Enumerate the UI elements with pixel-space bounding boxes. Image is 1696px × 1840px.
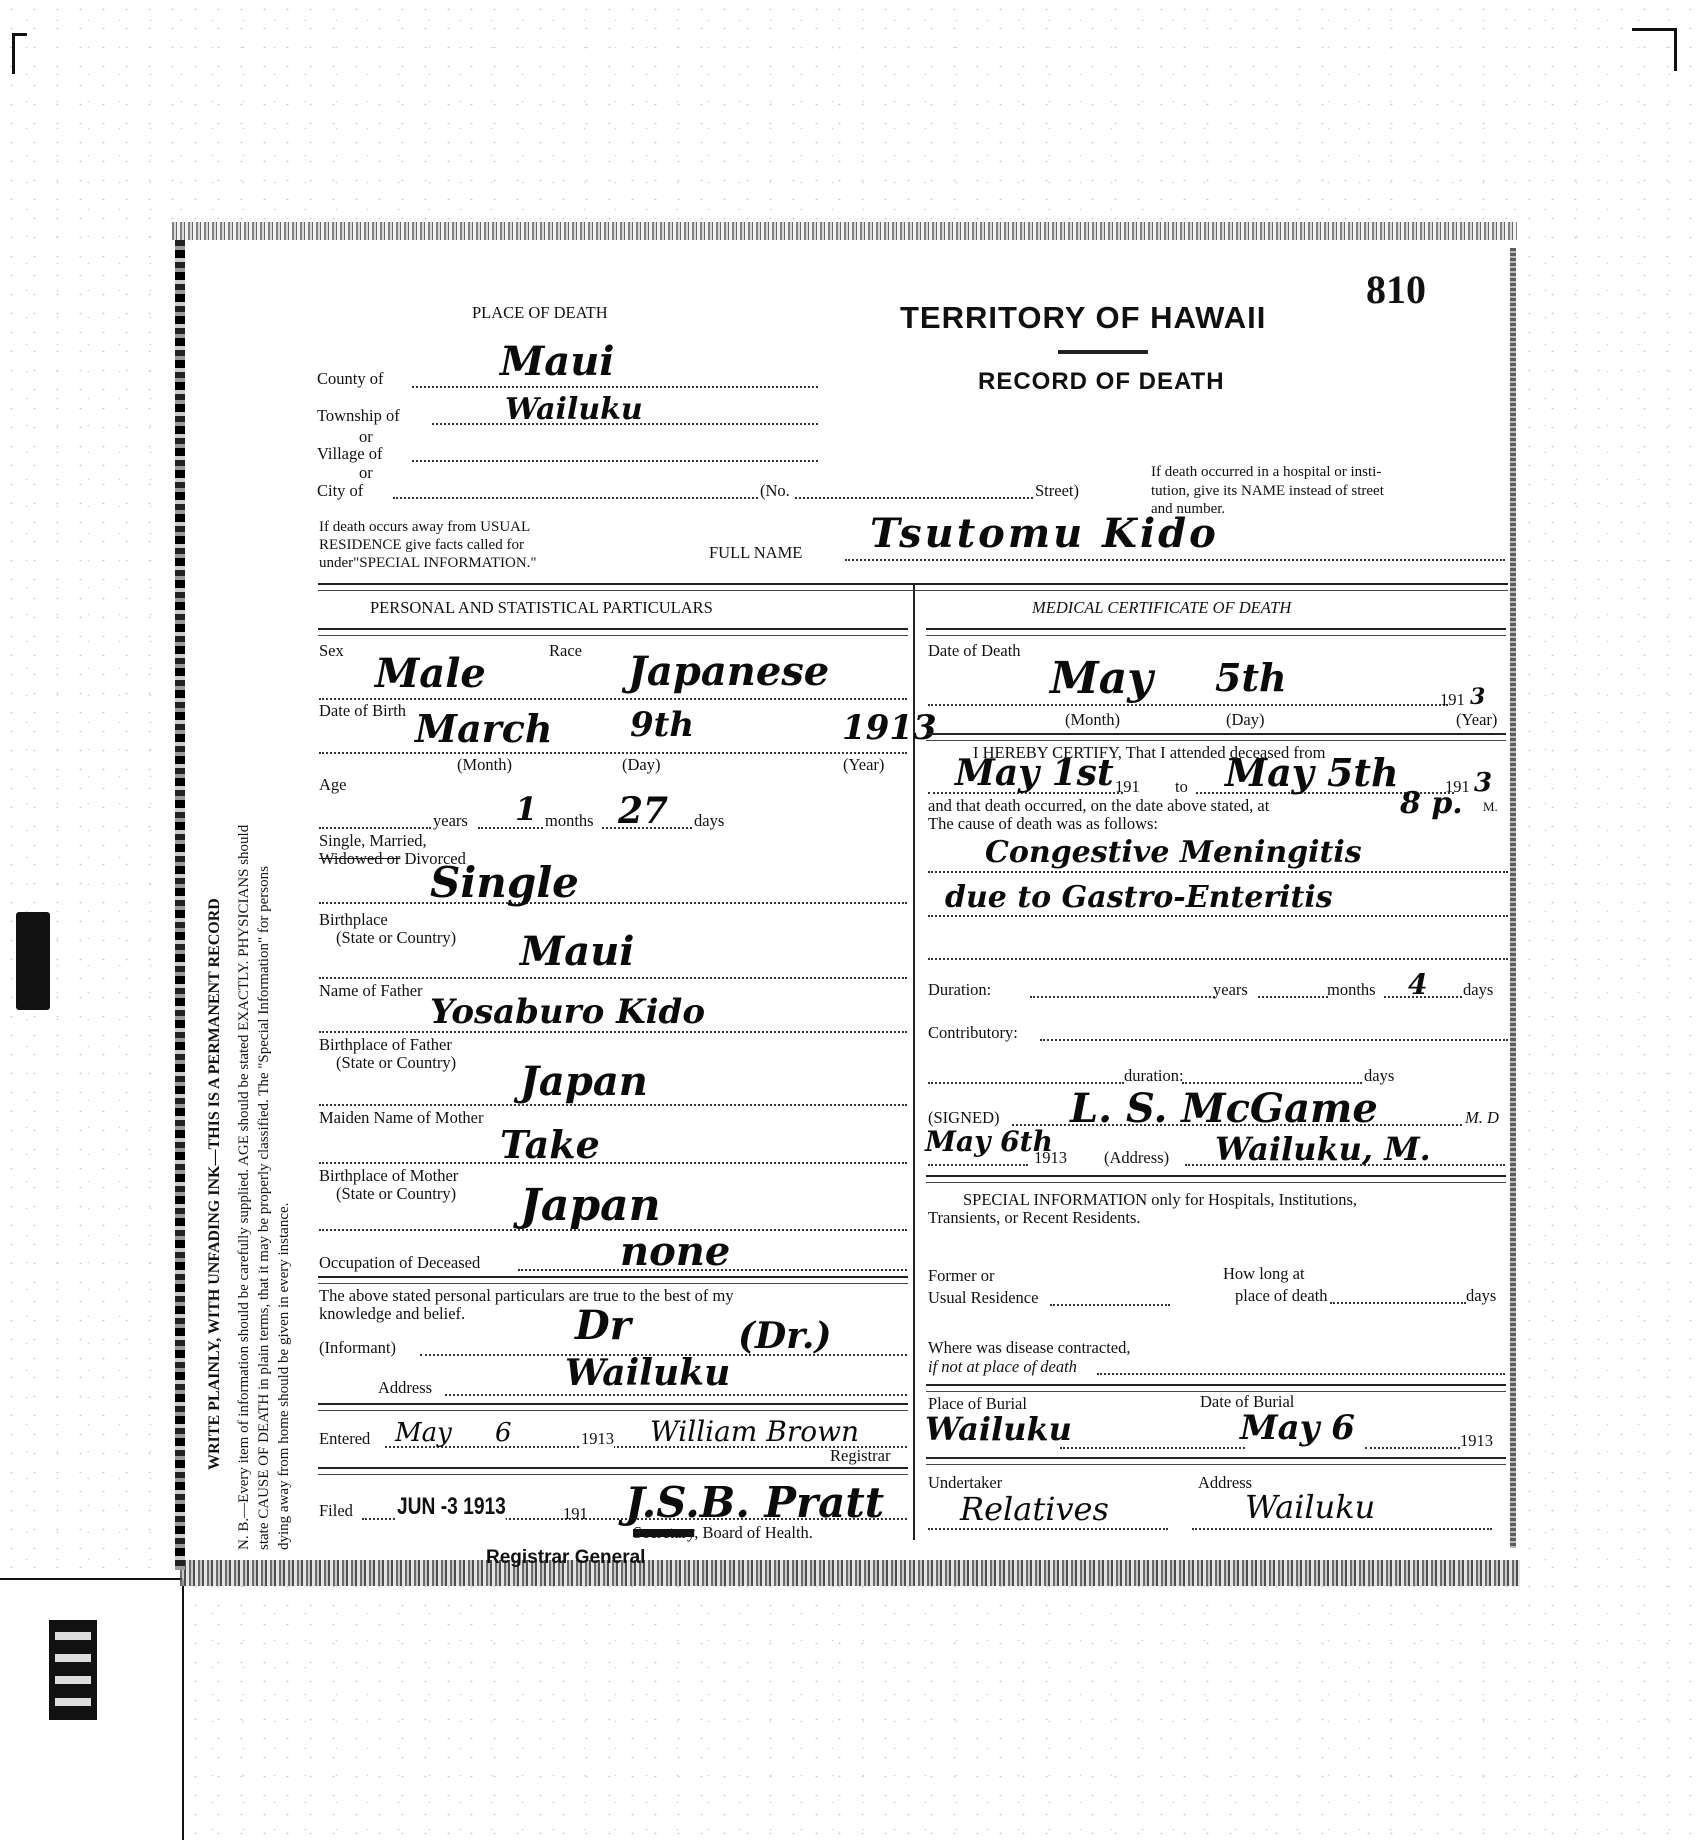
undertaker-value[interactable]: Relatives	[960, 1490, 1109, 1528]
strip-divider	[182, 1580, 184, 1840]
torn-bottom-edge	[180, 1560, 1520, 1586]
secretary-struck: Secretary	[633, 1523, 694, 1542]
informant-address-field-line	[445, 1394, 907, 1396]
dob-month-caption: (Month)	[457, 757, 512, 774]
document-subtitle: RECORD OF DEATH	[978, 368, 1225, 396]
cause-line-2-value[interactable]: due to Gastro-Enteritis	[945, 880, 1333, 915]
full-name-field-line	[845, 559, 1505, 561]
occupation-rule	[318, 1276, 908, 1278]
mother-name-value[interactable]: Take	[500, 1122, 600, 1167]
duration-days-value[interactable]: 4	[1408, 968, 1427, 1001]
burial-place-value[interactable]: Wailuku	[925, 1410, 1072, 1448]
board-caption: Secretary, Board of Health.	[633, 1525, 813, 1542]
former-residence-label-2: Usual Residence	[928, 1290, 1038, 1307]
title-divider	[1058, 350, 1148, 354]
sex-label: Sex	[319, 643, 344, 660]
physician-address-value[interactable]: Wailuku, M.	[1215, 1130, 1431, 1168]
disease-contracted-field[interactable]	[1097, 1373, 1505, 1375]
date-of-death-rule	[926, 733, 1506, 735]
entered-month-value[interactable]: May	[395, 1418, 452, 1448]
crop-mark-top-right	[1632, 28, 1677, 71]
registrar-signature: William Brown	[650, 1415, 859, 1448]
entered-year: 1913	[581, 1431, 614, 1448]
mother-name-field-line	[319, 1162, 907, 1164]
father-name-label: Name of Father	[319, 983, 423, 1000]
attended-from-value[interactable]: May 1st	[955, 752, 1114, 794]
duration-years-field[interactable]	[1030, 996, 1215, 998]
father-birthplace-label: Birthplace of Father	[319, 1037, 452, 1054]
margin-note-line-2: state CAUSE OF DEATH in plain terms, tha…	[256, 866, 273, 1550]
disease-contracted-label-1: Where was disease contracted,	[928, 1340, 1130, 1357]
how-long-label-1: How long at	[1223, 1266, 1305, 1283]
margin-note-line-3: dying away from home should be given in …	[276, 1203, 293, 1550]
crop-mark-top-left	[12, 33, 27, 74]
margin-note-permanent-record: WRITE PLAINLY, WITH UNFADING INK—THIS IS…	[206, 898, 224, 1470]
dob-day-value[interactable]: 9th	[630, 705, 694, 745]
age-months-value[interactable]: 1	[515, 790, 537, 828]
age-years-field[interactable]	[319, 827, 431, 829]
cause-line-3-field[interactable]	[928, 958, 1508, 960]
burial-date-value[interactable]: May 6	[1240, 1408, 1355, 1448]
or-separator-2: or	[359, 465, 373, 482]
duration-months-field[interactable]	[1258, 996, 1328, 998]
film-index-mark	[49, 1620, 97, 1720]
disease-contracted-label-2: if not at place of death	[928, 1359, 1077, 1376]
dob-year-caption: (Year)	[843, 757, 884, 774]
informant-label: (Informant)	[319, 1340, 396, 1357]
residence-note-line-1: If death occurs away from USUAL	[319, 520, 530, 536]
dob-label: Date of Birth	[319, 703, 406, 720]
occupation-label: Occupation of Deceased	[319, 1255, 480, 1272]
township-label: Township of	[317, 408, 400, 425]
father-birthplace-value[interactable]: Japan	[520, 1058, 648, 1105]
marital-label-struck: Widowed or	[319, 849, 400, 868]
margin-note-line-1: N. B.—Every item of information should b…	[236, 825, 253, 1550]
age-years-label: years	[433, 813, 468, 830]
father-name-value[interactable]: Yosaburo Kido	[430, 992, 705, 1032]
date-of-death-label: Date of Death	[928, 643, 1021, 660]
death-year-prefix: 191	[1440, 692, 1465, 709]
age-months-label: months	[545, 813, 594, 830]
former-residence-field[interactable]	[1050, 1304, 1170, 1306]
street-number-label: (No.	[760, 483, 790, 500]
special-info-heading-line-1: SPECIAL INFORMATION only for Hospitals, …	[963, 1192, 1357, 1209]
street-label: Street)	[1035, 483, 1079, 500]
cause-line-1-field	[928, 871, 1508, 873]
document-title: TERRITORY OF HAWAII	[900, 300, 1266, 336]
informant-address-value[interactable]: Wailuku	[565, 1352, 730, 1394]
personal-heading-rule	[318, 628, 908, 630]
marital-field-line	[319, 902, 907, 904]
street-field-line[interactable]	[795, 497, 1033, 499]
death-time-value[interactable]: 8 p.	[1400, 786, 1463, 821]
residence-note-line-2: RESIDENCE give facts called for	[319, 538, 524, 554]
burial-rule	[926, 1384, 1506, 1386]
attended-to-year-suffix[interactable]: 3	[1474, 768, 1492, 798]
race-value[interactable]: Japanese	[628, 648, 829, 695]
sex-value[interactable]: Male	[375, 650, 486, 697]
board-signature: J.S.B. Pratt	[625, 1478, 884, 1527]
registrar-general-stamp: Registrar General	[486, 1547, 645, 1569]
how-long-days-label: days	[1466, 1288, 1496, 1305]
special-info-rule	[926, 1175, 1506, 1177]
death-year-suffix[interactable]: 3	[1470, 684, 1485, 710]
mother-name-label: Maiden Name of Mother	[319, 1110, 484, 1127]
dob-field-line	[319, 752, 907, 754]
medical-heading-rule	[926, 628, 1506, 630]
full-name-label: FULL NAME	[709, 545, 802, 562]
filed-rule	[318, 1467, 908, 1469]
physician-address-label: (Address)	[1104, 1150, 1169, 1167]
duration-days-label: days	[1463, 982, 1493, 999]
dob-month-value[interactable]: March	[415, 706, 552, 751]
county-label: County of	[317, 371, 383, 388]
cause-line-2-field	[928, 915, 1508, 917]
city-field-line[interactable]	[393, 497, 758, 499]
father-birthplace-caption: (State or Country)	[336, 1055, 456, 1072]
contributory-label: Contributory:	[928, 1025, 1018, 1042]
duration-months-label: months	[1327, 982, 1376, 999]
informant-value[interactable]: Dr	[575, 1302, 631, 1349]
signed-year: 1913	[1034, 1150, 1067, 1167]
registrar-caption: Registrar	[830, 1448, 890, 1465]
death-time-statement: and that death occurred, on the date abo…	[928, 798, 1269, 815]
filed-label: Filed	[319, 1503, 353, 1520]
how-long-label-2: place of death	[1235, 1288, 1328, 1305]
contributory-days-label: days	[1364, 1068, 1394, 1085]
death-year-caption: (Year)	[1456, 712, 1497, 729]
residence-note-line-3: under"SPECIAL INFORMATION."	[319, 556, 537, 572]
marital-value[interactable]: Single	[430, 858, 579, 907]
attestation-line-2: knowledge and belief.	[319, 1306, 465, 1323]
medical-heading: MEDICAL CERTIFICATE OF DEATH	[1032, 600, 1291, 617]
undertaker-field	[928, 1528, 1168, 1530]
date-of-death-field-line	[928, 704, 1448, 706]
age-days-label: days	[694, 813, 724, 830]
undertaker-rule	[926, 1457, 1506, 1459]
burial-date-field	[1365, 1447, 1460, 1449]
sex-race-field-line	[319, 698, 907, 700]
hospital-note-line-2: tution, give its NAME instead of street	[1151, 484, 1384, 500]
death-day-caption: (Day)	[1226, 712, 1264, 729]
death-day-value[interactable]: 5th	[1215, 655, 1287, 700]
entered-day-value[interactable]: 6	[495, 1418, 512, 1448]
how-long-field[interactable]	[1330, 1302, 1466, 1304]
city-label: City of	[317, 483, 363, 500]
death-month-value[interactable]: May	[1050, 653, 1153, 704]
occupation-value[interactable]: none	[620, 1228, 730, 1275]
cause-intro: The cause of death was as follows:	[928, 816, 1158, 833]
certificate-number: 810	[1366, 266, 1426, 313]
undertaker-address-value[interactable]: Wailuku	[1245, 1488, 1375, 1526]
age-label: Age	[319, 777, 347, 794]
registration-rule	[318, 1403, 908, 1405]
birthplace-caption: (State or Country)	[336, 930, 456, 947]
mother-birthplace-caption: (State or Country)	[336, 1186, 456, 1203]
birthplace-value[interactable]: Maui	[520, 928, 634, 975]
physician-signature: L. S. McGame	[1070, 1085, 1378, 1132]
marital-label-line-1: Single, Married,	[319, 833, 427, 850]
contributory-line-2[interactable]	[928, 1082, 1124, 1084]
death-time-meridiem: M.	[1483, 800, 1498, 813]
undertaker-address-label: Address	[1198, 1475, 1252, 1492]
right-edge	[1510, 248, 1516, 1548]
special-info-heading-line-2: Transients, or Recent Residents.	[928, 1210, 1141, 1227]
birthplace-label: Birthplace	[319, 912, 388, 929]
full-name-value[interactable]: Tsutomu Kido	[870, 510, 1219, 557]
personal-heading: PERSONAL AND STATISTICAL PARTICULARS	[370, 600, 713, 617]
scanner-clip-mark	[16, 912, 50, 1010]
md-suffix: M. D	[1465, 1110, 1499, 1127]
torn-top-edge	[172, 222, 1517, 240]
filed-year-prefix: 191	[563, 1506, 588, 1523]
undertaker-address-field	[1192, 1528, 1492, 1530]
attended-to-label: to	[1175, 779, 1188, 796]
informant-address-label: Address	[378, 1380, 432, 1397]
death-month-caption: (Month)	[1065, 712, 1120, 729]
informant-note: (Dr.)	[738, 1315, 831, 1357]
county-value[interactable]: Maui	[500, 338, 614, 385]
former-residence-label-1: Former or	[928, 1268, 994, 1285]
contributory-duration-label: duration:	[1124, 1068, 1184, 1085]
contributory-field-line[interactable]	[1040, 1039, 1508, 1041]
mother-birthplace-value[interactable]: Japan	[520, 1180, 661, 1231]
attended-from-year: 191	[1115, 779, 1140, 796]
signed-date-field	[928, 1164, 1028, 1166]
burial-place-field	[1060, 1447, 1245, 1449]
attended-to-value[interactable]: May 5th	[1225, 750, 1399, 795]
township-value[interactable]: Wailuku	[505, 392, 643, 427]
dob-day-caption: (Day)	[622, 757, 660, 774]
village-field-line[interactable]	[412, 460, 818, 462]
board-of-health-label: , Board of Health.	[694, 1523, 813, 1542]
age-days-value[interactable]: 27	[618, 790, 668, 832]
binding-edge	[175, 240, 185, 1570]
entered-label: Entered	[319, 1431, 370, 1448]
county-field-line	[412, 386, 818, 388]
contributory-duration-field[interactable]	[1182, 1082, 1362, 1084]
mother-birthplace-label: Birthplace of Mother	[319, 1168, 458, 1185]
hospital-note-line-1: If death occurred in a hospital or insti…	[1151, 465, 1381, 481]
dob-year-value[interactable]: 1913	[842, 708, 937, 748]
duration-label: Duration:	[928, 982, 991, 999]
race-label: Race	[549, 643, 582, 660]
birthplace-field-line	[319, 977, 907, 979]
attestation-line-1: The above stated personal particulars ar…	[319, 1288, 734, 1305]
burial-date-year: 1913	[1460, 1433, 1493, 1450]
place-of-death-heading: PLACE OF DEATH	[472, 305, 608, 322]
duration-years-label: years	[1213, 982, 1248, 999]
filed-date-stamp: JUN -3 1913	[397, 1493, 506, 1521]
village-label: Village of	[317, 446, 382, 463]
cause-line-1-value[interactable]: Congestive Meningitis	[985, 835, 1362, 870]
